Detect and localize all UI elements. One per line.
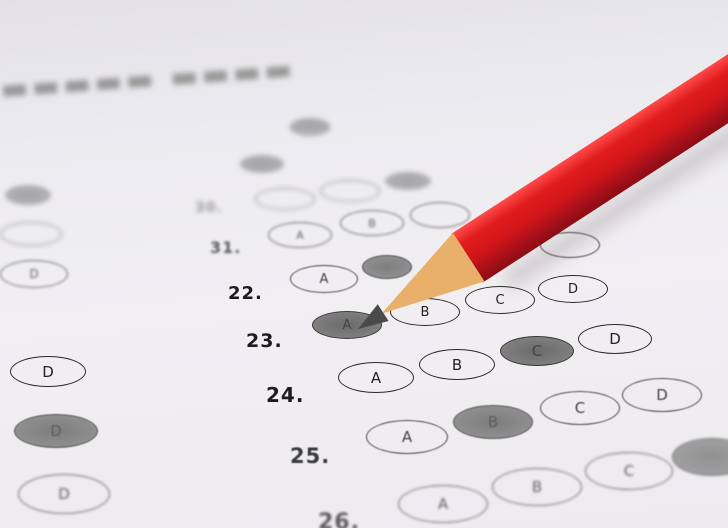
left-bubble-d[interactable]: D <box>10 356 86 387</box>
bubble-26-a[interactable]: A <box>398 485 488 523</box>
bubble-25-d[interactable]: D <box>622 378 702 412</box>
left-bubble-d-filled[interactable]: D <box>14 414 98 448</box>
bubble-26-c[interactable]: C <box>585 452 673 490</box>
bubble-25-a[interactable]: A <box>366 420 448 454</box>
answer-sheet-photo: ▬▬▬▬▬ ▬▬▬▬ 30. 31. A B D 22. A 23. A B C… <box>0 0 728 528</box>
bubble-24-d[interactable]: D <box>578 324 652 354</box>
bubble-25-c[interactable]: C <box>540 391 620 425</box>
left-bubble-d-bottom[interactable]: D <box>18 474 110 514</box>
bubble-25-b[interactable]: B <box>453 405 533 439</box>
bubble-23-c[interactable]: C <box>465 286 535 314</box>
bubble-22-a[interactable]: A <box>290 265 358 293</box>
bubble-26-d[interactable] <box>672 438 728 476</box>
sheet-header-blurred: ▬▬▬▬▬ ▬▬▬▬ <box>0 52 296 108</box>
bubble-26-b[interactable]: B <box>492 468 582 506</box>
bubble-23-d[interactable]: D <box>538 275 608 303</box>
bubble-24-a[interactable]: A <box>338 362 414 393</box>
bubble-24-b[interactable]: B <box>419 349 495 380</box>
bubble-24-c[interactable]: C <box>500 336 574 366</box>
